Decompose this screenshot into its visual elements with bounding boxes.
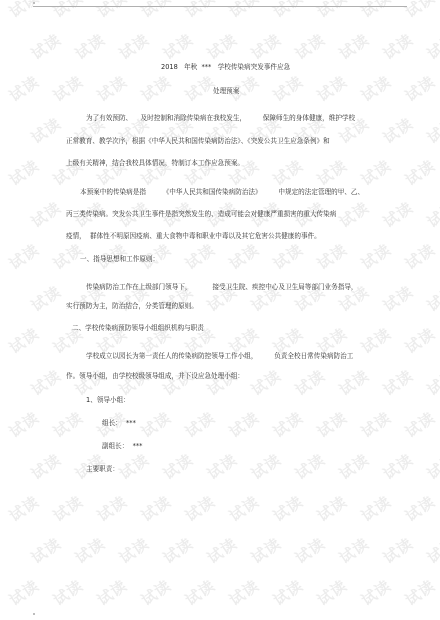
document-title: 2018 年秋 *** 学校传染病突发事件应急 [161, 64, 290, 71]
paragraph-line: 本预案中的传染病是指 《中华人民共和国传染病防治法》 中规定的法定管理的甲、乙、 [80, 189, 364, 196]
paragraph-line: 疫情， 群体性不明原因疫病、重大食物中毒和职业中毒以及其它危害公共健康的事件。 [66, 233, 321, 240]
leader-line: 组长： *** [102, 420, 136, 427]
paragraph-line: 正常教育、教学次序，根据《中华人民共和国传染病防治法》、《突发公共卫生应急条例》… [66, 138, 330, 145]
deputy-leader-line: 副组长： *** [102, 443, 142, 450]
document-subtitle: 处理预案 [213, 88, 239, 95]
paragraph-line: 上级有关精神，结合我校具体情况，特制订本工作应急预案。 [66, 160, 244, 167]
paragraph-line: 实行预防为主，防治结合，分类管理的原则。 [66, 303, 198, 310]
section-heading: 二、学校传染病预防领导小组组织机构与职责 [72, 325, 204, 332]
paragraph-line: 为了有效预防、 及时控制和消除传染病在我校发生， 保障师生的身体健康，维护学校 [86, 115, 355, 122]
duties-heading: 主要职责： [86, 466, 119, 473]
paragraph-line: 学校成立以园长为第一责任人的传染病防控领导工作小组， 负责全校日常传染病防治工 [86, 353, 353, 360]
paragraph-line: 作。领导小组，由学校校级领导组成，并下设应急处理小组： [66, 373, 244, 380]
section-heading: 一、指导思想和工作原则： [80, 256, 159, 263]
paragraph-line: 丙三类传染病。突发公共卫生事件是指突然发生的、造成可能会对健康严重损害的重大传染… [66, 211, 336, 218]
document-page: 2018 年秋 *** 学校传染病突发事件应急 处理预案 为了有效预防、 及时控… [0, 0, 440, 620]
subsection-heading: 1、领导小组： [86, 397, 130, 404]
paragraph-line: 传染病防治工作在上级部门领导下， 接受卫生院、疾控中心及卫生局等部门业务指导， [86, 284, 358, 291]
